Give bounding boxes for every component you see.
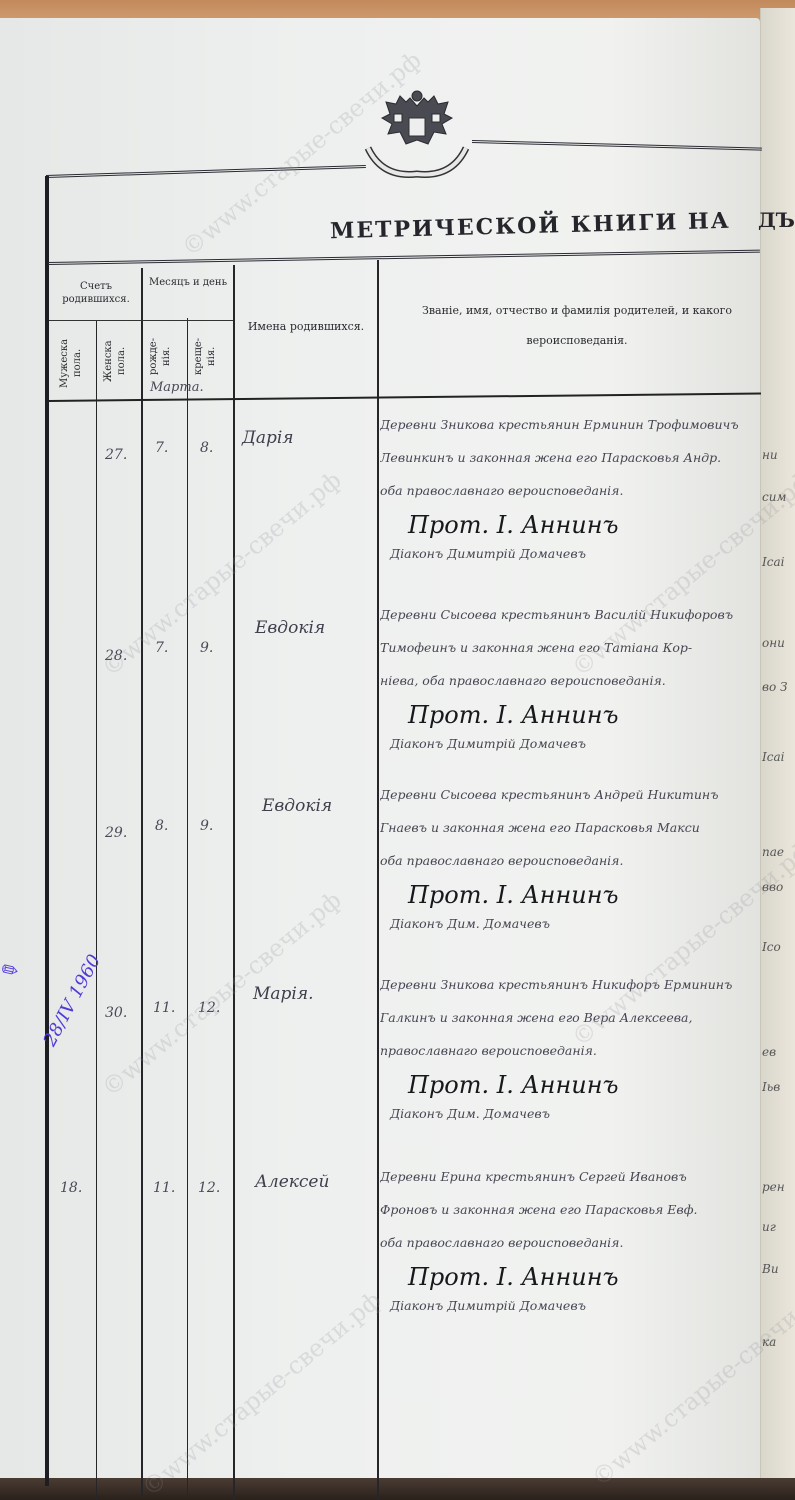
edge-fragment: сим <box>762 490 790 504</box>
parents-entry: Деревни Сысоева крестьянинъ Василій Ники… <box>380 598 765 755</box>
parents-line: Деревни Ерина крестьянинъ Сергей Ивановъ <box>380 1160 765 1193</box>
bottom-shadow <box>0 1478 795 1500</box>
handwritten-month: Марта. <box>150 380 204 395</box>
header-birth: рожде-нія. <box>147 328 181 384</box>
parents-line: Левинкинъ и законная жена его Парасковья… <box>380 441 765 474</box>
parents-line: Деревни Сысоева крестьянинъ Андрей Никит… <box>380 778 765 811</box>
col-divider-male-female <box>96 320 97 1500</box>
edge-fragment: Іьв <box>762 1080 790 1094</box>
header-month-day: Месяцъ и день <box>143 276 233 289</box>
female-number: 27. <box>105 447 127 463</box>
baptism-day: 8. <box>200 440 213 456</box>
parents-line: Гнаевъ и законная жена его Парасковья Ма… <box>380 811 765 844</box>
parents-line: оба православнаго вероисповеданія. <box>380 474 765 507</box>
child-name: Алексей <box>255 1172 329 1192</box>
priest-signature: Прот. І. Аннинъ <box>380 697 765 733</box>
edge-fragment: Ісаі <box>762 555 790 569</box>
child-name: Дарія <box>242 428 294 448</box>
edge-fragment: во З <box>762 680 790 694</box>
child-name: Евдокія <box>262 796 332 816</box>
baptism-day: 9. <box>200 818 213 834</box>
next-page-title-fragment: ДЪ <box>758 208 795 232</box>
parents-line: Фроновъ и законная жена его Парасковья Е… <box>380 1193 765 1226</box>
edge-fragment: ев <box>762 1045 790 1059</box>
header-birth-count: Счетъ родившихся. <box>52 280 140 306</box>
parents-line: Деревни Зникова крестьянин Ерминин Трофи… <box>380 408 765 441</box>
baptism-day: 9. <box>200 640 213 656</box>
deacon-signature: Діаконъ Дим. Домачевъ <box>380 1103 765 1125</box>
male-number: 18. <box>60 1180 82 1196</box>
parents-line: Деревни Сысоева крестьянинъ Василій Ники… <box>380 598 765 631</box>
header-male: Мужеска пола. <box>58 330 92 396</box>
priest-signature: Прот. І. Аннинъ <box>380 1067 765 1103</box>
birth-day: 11. <box>153 1180 175 1196</box>
edge-fragment: иг <box>762 1220 790 1234</box>
col-divider-month-names <box>233 265 235 1500</box>
col-divider-birth-baptism <box>187 318 188 1498</box>
edge-fragment: Ви <box>762 1262 790 1276</box>
child-name: Марія. <box>253 984 314 1004</box>
edge-fragment: Ісо <box>762 940 790 954</box>
header-parents: Званіе, имя, отчество и фамилія родителе… <box>392 296 762 356</box>
parents-line: оба православнаго вероисповеданія. <box>380 1226 765 1259</box>
edge-fragment: Ісаі <box>762 750 790 764</box>
frame-left-border <box>45 176 49 1486</box>
birth-day: 8. <box>155 818 168 834</box>
edge-fragment: ка <box>762 1335 790 1349</box>
header-baptism: креще-нія. <box>192 328 226 384</box>
header-subdivide-line <box>49 320 233 321</box>
female-number: 29. <box>105 825 127 841</box>
deacon-signature: Діаконъ Димитрій Домачевъ <box>380 733 765 755</box>
child-name: Евдокія <box>255 618 325 638</box>
deacon-signature: Діаконъ Димитрій Домачевъ <box>380 1295 765 1317</box>
edge-fragment: вво <box>762 880 790 894</box>
edge-fragment: они <box>762 636 790 650</box>
birth-day: 7. <box>155 440 168 456</box>
parents-entry: Деревни Ерина крестьянинъ Сергей Ивановъ… <box>380 1160 765 1317</box>
parents-line: Деревни Зникова крестьянинъ Никифоръ Ерм… <box>380 968 765 1001</box>
col-divider-count-month <box>141 268 143 1498</box>
priest-signature: Прот. І. Аннинъ <box>380 877 765 913</box>
edge-fragment: ни <box>762 448 790 462</box>
female-number: 30. <box>105 1005 127 1021</box>
header-names: Имена родившихся. <box>236 320 376 333</box>
edge-fragment: пае <box>762 845 790 859</box>
priest-signature: Прот. І. Аннинъ <box>380 507 765 543</box>
birth-day: 11. <box>153 1000 175 1016</box>
priest-signature: Прот. І. Аннинъ <box>380 1259 765 1295</box>
edge-fragment: рен <box>762 1180 790 1194</box>
parents-entry: Деревни Зникова крестьянинъ Никифоръ Ерм… <box>380 968 765 1125</box>
baptism-day: 12. <box>198 1180 220 1196</box>
parents-line: оба православнаго вероисповеданія. <box>380 844 765 877</box>
header-female: Женска пола. <box>102 328 136 394</box>
